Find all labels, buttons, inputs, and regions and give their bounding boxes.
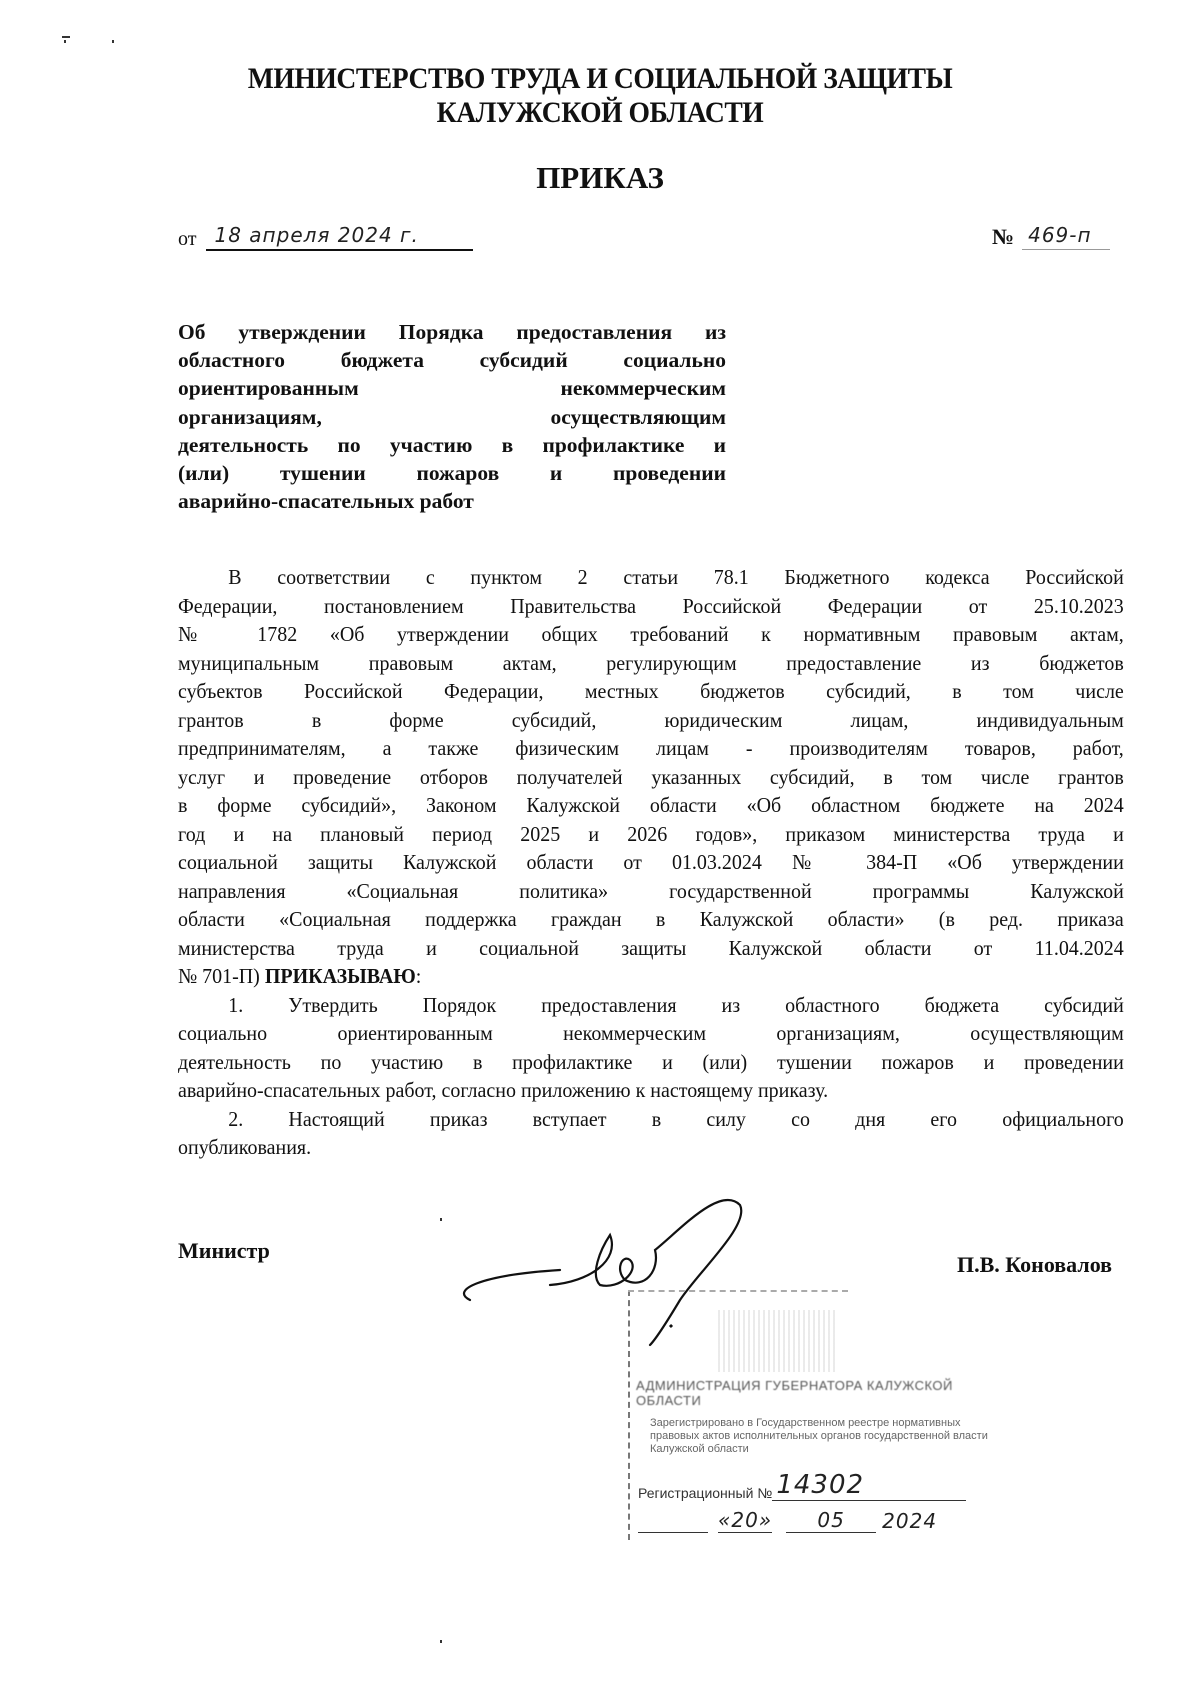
preamble-last-prefix: № 701-П) [178,964,265,988]
reg-number-label: Регистрационный № [638,1485,772,1501]
preamble-line: № 1782 «Об утверждении общих требований … [178,620,1124,649]
scan-artifact [62,36,70,38]
preamble-line: Федерации, постановлением Правительства … [178,592,1124,621]
document-number-field: № 469-п [992,223,1110,250]
title-line: деятельность по участию в профилактике и [178,431,726,459]
preamble-line: предпринимателям, а также физическим лиц… [178,734,1124,763]
date-field: от 18 апреля 2024 г. [178,223,473,251]
preamble-line: год и на плановый период 2025 и 2026 год… [178,820,1124,849]
reg-number-value: 14302 [772,1470,966,1501]
stamp-registration-date: «20» 05 2024 [638,1508,937,1533]
preamble-line: услуг и проведение отборов получателей у… [178,763,1124,792]
title-line: аварийно-спасательных работ [178,487,726,515]
reg-month: 05 [786,1508,876,1533]
organization-line-2: КАЛУЖСКОЙ ОБЛАСТИ [48,96,1152,130]
scan-artifact [112,40,114,43]
title-line: Об утверждении Порядка предоставления из [178,318,726,346]
item-1-line: аварийно-спасательных работ, согласно пр… [178,1076,1124,1105]
document-body: В соответствии с пунктом 2 статьи 78.1 Б… [178,563,1124,1162]
preamble-line: грантов в форме субсидий, юридическим ли… [178,706,1124,735]
signatory-name: П.В. Коновалов [957,1252,1112,1278]
preamble-line: в форме субсидий», Законом Калужской обл… [178,791,1124,820]
order-colon: : [416,964,422,988]
preamble-line: В соответствии с пунктом 2 статьи 78.1 Б… [178,563,1124,592]
document-type: ПРИКАЗ [0,160,1200,196]
preamble-line: области «Социальная поддержка граждан в … [178,905,1124,934]
item-1-line: социально ориентированным некоммерческим… [178,1019,1124,1048]
document-title: Об утверждении Порядка предоставления из… [178,318,726,515]
preamble-line: министерства труда и социальной защиты К… [178,934,1124,963]
handwritten-date: 18 апреля 2024 г. [206,223,473,251]
organization-header: МИНИСТЕРСТВО ТРУДА И СОЦИАЛЬНОЙ ЗАЩИТЫ К… [48,62,1152,130]
registration-stamp: АДМИНИСТРАЦИЯ ГУБЕРНАТОРА КАЛУЖСКОЙ ОБЛА… [628,1290,988,1540]
preamble-line: субъектов Российской Федерации, местных … [178,677,1124,706]
organization-line-1: МИНИСТЕРСТВО ТРУДА И СОЦИАЛЬНОЙ ЗАЩИТЫ [48,62,1152,96]
preamble-line: муниципальным правовым актам, регулирующ… [178,649,1124,678]
title-line: организациям, осуществляющим [178,403,726,431]
scan-artifact [64,40,66,43]
stamp-registered-text: Зарегистрировано в Государственном реест… [650,1417,990,1456]
scan-artifact [440,1640,442,1643]
reg-day: «20» [718,1508,772,1533]
preamble-line: социальной защиты Калужской области от 0… [178,848,1124,877]
title-line: (или) тушении пожаров и проведении [178,459,726,487]
stamp-border [628,1290,630,1540]
date-blank [638,1532,708,1533]
document-page: МИНИСТЕРСТВО ТРУДА И СОЦИАЛЬНОЙ ЗАЩИТЫ К… [0,0,1200,1698]
item-1-line: деятельность по участию в профилактике и… [178,1048,1124,1077]
preamble-line: направления «Социальная политика» госуда… [178,877,1124,906]
faded-emblem [718,1310,838,1372]
reg-year: 2024 [882,1509,937,1533]
handwritten-number: 469-п [1022,223,1110,250]
order-line: № 701-П) ПРИКАЗЫВАЮ: [178,962,1124,991]
order-word: ПРИКАЗЫВАЮ [265,964,416,988]
item-2-line: опубликования. [178,1133,1124,1162]
number-sign: № [992,224,1014,250]
title-line: ориентированным некоммерческим [178,374,726,402]
item-2-line: 2. Настоящий приказ вступает в силу со д… [178,1105,1124,1134]
title-line: областного бюджета субсидий социально [178,346,726,374]
date-prefix: от [178,228,196,251]
stamp-registration-number: Регистрационный № 14302 [638,1470,966,1501]
stamp-border [628,1290,848,1292]
signatory-position: Министр [178,1238,270,1264]
item-1-line: 1. Утвердить Порядок предоставления из о… [178,991,1124,1020]
stamp-organization: АДМИНИСТРАЦИЯ ГУБЕРНАТОРА КАЛУЖСКОЙ ОБЛА… [636,1378,988,1408]
